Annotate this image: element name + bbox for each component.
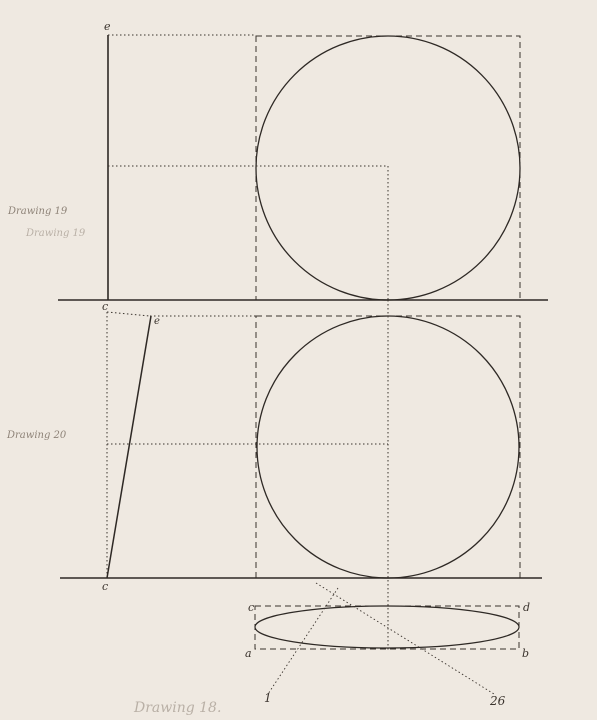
point-label-b: b — [522, 647, 529, 660]
point-label-c-ellipse: c — [248, 601, 254, 614]
line-label-26: 26 — [489, 694, 506, 708]
technical-drawing-sheet: e c e c c d a b 1 26 Drawing 19 Drawing … — [0, 0, 597, 720]
point-label-d: d — [523, 601, 530, 614]
point-label-a: a — [245, 647, 252, 660]
point-label-e-top: e — [104, 20, 111, 33]
caption-drawing-20: Drawing 20 — [6, 430, 67, 441]
caption-drawing-19: Drawing 19 — [7, 206, 68, 217]
point-label-c-ground2: c — [102, 580, 108, 593]
point-label-e-mid: e — [154, 316, 160, 327]
line-label-1: 1 — [264, 691, 272, 705]
point-label-c-ground1: c — [102, 300, 108, 313]
caption-drawing-18: Drawing 18. — [133, 700, 221, 716]
caption-drawing-19-faint: Drawing 19 — [25, 228, 86, 239]
